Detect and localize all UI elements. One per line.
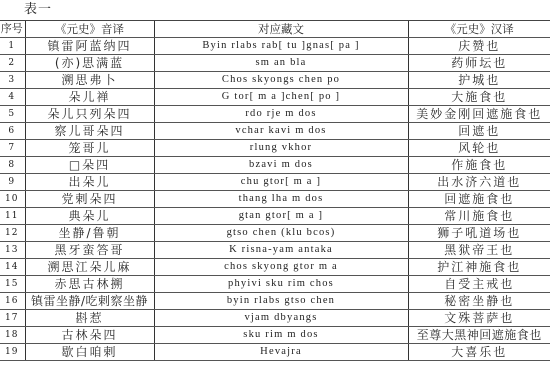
cell-index: 9 bbox=[0, 174, 25, 191]
table-caption: 表一 bbox=[24, 0, 52, 17]
cell-transcription: 溯思弗卜 bbox=[25, 72, 154, 89]
header-index: 序号 bbox=[0, 21, 25, 38]
cell-index: 13 bbox=[0, 242, 25, 259]
cell-index: 8 bbox=[0, 157, 25, 174]
cell-translation: 风轮也 bbox=[408, 140, 550, 157]
cell-transcription: (亦)思满蓝 bbox=[25, 55, 154, 72]
cell-translation: 回遮也 bbox=[408, 123, 550, 140]
cell-index: 5 bbox=[0, 106, 25, 123]
cell-tibetan: chos skyong gtor m a bbox=[154, 259, 408, 276]
cell-transcription: 赤思古林搠 bbox=[25, 276, 154, 293]
cell-index: 4 bbox=[0, 89, 25, 106]
cell-transcription: 党剌朵四 bbox=[25, 191, 154, 208]
cell-transcription: 斟惹 bbox=[25, 310, 154, 327]
table-row: 14 溯思江朵儿麻 chos skyong gtor m a 护江神施食也 bbox=[0, 259, 550, 276]
cell-transcription: 笼哥儿 bbox=[25, 140, 154, 157]
table-row: 6 察儿哥朵四 vchar kavi m dos 回遮也 bbox=[0, 123, 550, 140]
table-row: 10 党剌朵四 thang lha m dos 回遮施食也 bbox=[0, 191, 550, 208]
cell-tibetan: vjam dbyangs bbox=[154, 310, 408, 327]
cell-translation: 出水济六道也 bbox=[408, 174, 550, 191]
cell-transcription: 出朵儿 bbox=[25, 174, 154, 191]
table-header-row: 序号 《元史》音译 对应藏文 《元史》汉译 bbox=[0, 21, 550, 38]
header-tibetan: 对应藏文 bbox=[154, 21, 408, 38]
cell-translation: 美妙金刚回遮施食也 bbox=[408, 106, 550, 123]
table-row: 17 斟惹 vjam dbyangs 文殊菩萨也 bbox=[0, 310, 550, 327]
cell-tibetan: Hevajra bbox=[154, 344, 408, 361]
table-row: 4 朵儿禅 G tor[ m a ]chen[ po ] 大施食也 bbox=[0, 89, 550, 106]
cell-tibetan: K risna-yam antaka bbox=[154, 242, 408, 259]
cell-tibetan: Byin rlabs rab[ tu ]gnas[ pa ] bbox=[154, 38, 408, 55]
cell-translation: 护江神施食也 bbox=[408, 259, 550, 276]
cell-index: 16 bbox=[0, 293, 25, 310]
table-row: 16 镇雷坐静/吃剌察坐静 byin rlabs gtso chen 秘密坐静也 bbox=[0, 293, 550, 310]
cell-transcription: □朵四 bbox=[25, 157, 154, 174]
cell-translation: 文殊菩萨也 bbox=[408, 310, 550, 327]
cell-transcription: 典朵儿 bbox=[25, 208, 154, 225]
cell-transcription: 朵儿只列朵四 bbox=[25, 106, 154, 123]
cell-index: 10 bbox=[0, 191, 25, 208]
cell-tibetan: bzavi m dos bbox=[154, 157, 408, 174]
cell-translation: 大喜乐也 bbox=[408, 344, 550, 361]
cell-translation: 狮子吼道场也 bbox=[408, 225, 550, 242]
cell-translation: 药师坛也 bbox=[408, 55, 550, 72]
cell-translation: 护城也 bbox=[408, 72, 550, 89]
cell-translation: 黑狱帝王也 bbox=[408, 242, 550, 259]
cell-index: 12 bbox=[0, 225, 25, 242]
cell-translation: 大施食也 bbox=[408, 89, 550, 106]
cell-index: 15 bbox=[0, 276, 25, 293]
cell-transcription: 古林朵四 bbox=[25, 327, 154, 344]
cell-tibetan: gtso chen (klu bcos) bbox=[154, 225, 408, 242]
cell-tibetan: Chos skyongs chen po bbox=[154, 72, 408, 89]
table-row: 19 歇白咱剌 Hevajra 大喜乐也 bbox=[0, 344, 550, 361]
cell-tibetan: sm an bla bbox=[154, 55, 408, 72]
cell-index: 11 bbox=[0, 208, 25, 225]
table-row: 1 镇雷阿蓝纳四 Byin rlabs rab[ tu ]gnas[ pa ] … bbox=[0, 38, 550, 55]
cell-translation: 秘密坐静也 bbox=[408, 293, 550, 310]
table-row: 13 黑牙蛮答哥 K risna-yam antaka 黑狱帝王也 bbox=[0, 242, 550, 259]
cell-translation: 自受主戒也 bbox=[408, 276, 550, 293]
cell-transcription: 察儿哥朵四 bbox=[25, 123, 154, 140]
cell-translation: 作施食也 bbox=[408, 157, 550, 174]
cell-index: 2 bbox=[0, 55, 25, 72]
cell-tibetan: chu gtor[ m a ] bbox=[154, 174, 408, 191]
table-row: 7 笼哥儿 rlung vkhor 风轮也 bbox=[0, 140, 550, 157]
cell-transcription: 镇雷坐静/吃剌察坐静 bbox=[25, 293, 154, 310]
cell-translation: 庆赞也 bbox=[408, 38, 550, 55]
cell-transcription: 歇白咱剌 bbox=[25, 344, 154, 361]
header-yuanshi-translation: 《元史》汉译 bbox=[408, 21, 550, 38]
cell-tibetan: phyivi sku rim chos bbox=[154, 276, 408, 293]
cell-tibetan: rlung vkhor bbox=[154, 140, 408, 157]
cell-transcription: 坐静/鲁朝 bbox=[25, 225, 154, 242]
table-row: 9 出朵儿 chu gtor[ m a ] 出水济六道也 bbox=[0, 174, 550, 191]
cell-tibetan: vchar kavi m dos bbox=[154, 123, 408, 140]
cell-index: 1 bbox=[0, 38, 25, 55]
ritual-terms-table: 序号 《元史》音译 对应藏文 《元史》汉译 1 镇雷阿蓝纳四 Byin rlab… bbox=[0, 20, 550, 361]
cell-transcription: 溯思江朵儿麻 bbox=[25, 259, 154, 276]
cell-index: 18 bbox=[0, 327, 25, 344]
cell-tibetan: thang lha m dos bbox=[154, 191, 408, 208]
table-row: 12 坐静/鲁朝 gtso chen (klu bcos) 狮子吼道场也 bbox=[0, 225, 550, 242]
table-row: 3 溯思弗卜 Chos skyongs chen po 护城也 bbox=[0, 72, 550, 89]
table-row: 15 赤思古林搠 phyivi sku rim chos 自受主戒也 bbox=[0, 276, 550, 293]
cell-tibetan: rdo rje m dos bbox=[154, 106, 408, 123]
cell-tibetan: sku rim m dos bbox=[154, 327, 408, 344]
table-row: 11 典朵儿 gtan gtor[ m a ] 常川施食也 bbox=[0, 208, 550, 225]
cell-index: 17 bbox=[0, 310, 25, 327]
cell-transcription: 朵儿禅 bbox=[25, 89, 154, 106]
table-row: 8 □朵四 bzavi m dos 作施食也 bbox=[0, 157, 550, 174]
cell-tibetan: G tor[ m a ]chen[ po ] bbox=[154, 89, 408, 106]
cell-translation: 回遮施食也 bbox=[408, 191, 550, 208]
header-yuanshi-transcription: 《元史》音译 bbox=[25, 21, 154, 38]
cell-index: 3 bbox=[0, 72, 25, 89]
cell-translation: 至尊大黑神回遮施食也 bbox=[408, 327, 550, 344]
cell-tibetan: byin rlabs gtso chen bbox=[154, 293, 408, 310]
cell-index: 19 bbox=[0, 344, 25, 361]
table-body: 1 镇雷阿蓝纳四 Byin rlabs rab[ tu ]gnas[ pa ] … bbox=[0, 38, 550, 361]
cell-transcription: 黑牙蛮答哥 bbox=[25, 242, 154, 259]
cell-translation: 常川施食也 bbox=[408, 208, 550, 225]
table-row: 18 古林朵四 sku rim m dos 至尊大黑神回遮施食也 bbox=[0, 327, 550, 344]
cell-transcription: 镇雷阿蓝纳四 bbox=[25, 38, 154, 55]
cell-tibetan: gtan gtor[ m a ] bbox=[154, 208, 408, 225]
cell-index: 6 bbox=[0, 123, 25, 140]
cell-index: 14 bbox=[0, 259, 25, 276]
cell-index: 7 bbox=[0, 140, 25, 157]
table-row: 2 (亦)思满蓝 sm an bla 药师坛也 bbox=[0, 55, 550, 72]
table-row: 5 朵儿只列朵四 rdo rje m dos 美妙金刚回遮施食也 bbox=[0, 106, 550, 123]
